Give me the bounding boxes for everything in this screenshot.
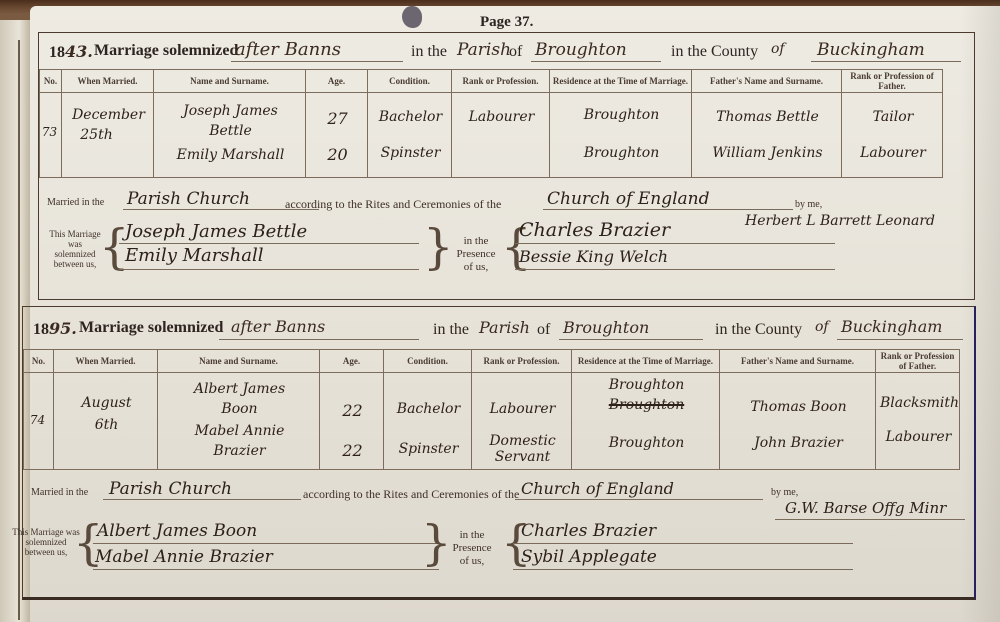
groom-condition: Bachelor — [388, 401, 469, 417]
bride-father-rank: Labourer — [880, 429, 957, 445]
of-label: of — [537, 321, 550, 339]
witness-1-signature: Charles Brazier — [519, 219, 670, 241]
county-filler: of — [815, 319, 829, 335]
married-in-place: Parish Church — [109, 479, 232, 499]
married-in-label: Married in the — [31, 487, 88, 498]
by-me-label: by me, — [771, 487, 798, 498]
county-filler: of — [771, 41, 785, 57]
groom-rank: Labourer — [456, 109, 547, 125]
register-table: No. When Married. Name and Surname. Age.… — [39, 69, 943, 178]
col-father-rank: Rank or Profession of Father. — [842, 70, 943, 93]
date-month: December — [66, 107, 151, 123]
parish-word: Parish — [457, 40, 511, 60]
col-no: No. — [40, 70, 62, 93]
parish-name: Broughton — [563, 318, 649, 337]
bride-condition: Spinster — [372, 145, 449, 161]
groom-surname: Boon — [162, 401, 317, 417]
groom-signature: Albert James Boon — [97, 521, 257, 541]
marriage-solemnized-label: Marriage solemnized — [79, 319, 223, 337]
by-me-label: by me, — [795, 199, 822, 210]
officiant-signature: G.W. Barse Offg Minr — [785, 499, 946, 517]
groom-surname: Bettle — [158, 123, 303, 139]
bride-signature: Emily Marshall — [125, 245, 263, 266]
col-age: Age. — [306, 70, 368, 93]
rites-denomination: Church of England — [521, 479, 674, 498]
bride-name: Mabel Annie — [162, 423, 317, 439]
table-row: 73 December 25th Joseph James Bettle Emi… — [40, 93, 943, 178]
col-age: Age. — [320, 350, 384, 373]
table-row: 74 August 6th Albert James Boon Mabel An… — [24, 373, 960, 470]
parish-name: Broughton — [535, 40, 627, 60]
groom-residence-struck: Broughton — [576, 397, 717, 413]
this-marriage-label: This Marriage was solemnized between us, — [11, 527, 81, 557]
groom-age: 22 — [324, 401, 381, 420]
col-condition: Condition. — [368, 70, 452, 93]
bride-father-rank: Labourer — [846, 145, 940, 161]
presence-label: in the Presence of us, — [447, 529, 497, 568]
col-father-name: Father's Name and Surname. — [692, 70, 842, 93]
county-label: in the County — [715, 321, 802, 339]
col-residence: Residence at the Time of Marriage. — [572, 350, 720, 373]
presence-label: in the Presence of us, — [451, 235, 501, 274]
rites-label: according to the Rites and Ceremonies of… — [303, 487, 519, 502]
groom-residence: Broughton — [554, 107, 689, 123]
col-residence: Residence at the Time of Marriage. — [550, 70, 692, 93]
col-rank: Rank or Profession. — [452, 70, 550, 93]
bride-rank-line2: Servant — [476, 449, 569, 465]
bride-signature: Mabel Annie Brazier — [95, 547, 273, 567]
solemnized-type: after Banns — [235, 39, 341, 60]
col-name: Name and Surname. — [158, 350, 320, 373]
this-marriage-label: This Marriage was solemnized between us, — [47, 229, 103, 269]
bride-father: William Jenkins — [696, 145, 839, 161]
rites-label: according to the Rites and Ceremonies of… — [285, 197, 501, 212]
groom-rank: Labourer — [476, 401, 569, 417]
col-name: Name and Surname. — [154, 70, 306, 93]
county-name: Buckingham — [817, 40, 925, 60]
col-when-married: When Married. — [54, 350, 158, 373]
groom-father: Thomas Boon — [724, 399, 873, 415]
groom-father-rank: Blacksmith — [880, 395, 957, 411]
entry-heading: 1843. Marriage solemnized after Banns in… — [39, 33, 974, 71]
bride-age: 22 — [324, 441, 381, 460]
date-day: 6th — [58, 417, 155, 433]
year: 1895. — [33, 319, 77, 339]
col-condition: Condition. — [384, 350, 472, 373]
marriage-entry-73: 1843. Marriage solemnized after Banns in… — [38, 32, 975, 300]
year: 1843. — [49, 42, 93, 62]
col-when-married: When Married. — [62, 70, 154, 93]
witness-2-signature: Bessie King Welch — [519, 247, 668, 266]
col-no: No. — [24, 350, 54, 373]
county-name: Buckingham — [841, 317, 942, 336]
groom-name: Albert James — [162, 381, 317, 397]
solemnized-type: after Banns — [231, 317, 325, 336]
parish-word: Parish — [479, 318, 530, 337]
bride-condition: Spinster — [388, 441, 469, 457]
groom-condition: Bachelor — [372, 109, 449, 125]
bride-surname: Brazier — [162, 443, 317, 459]
rites-denomination: Church of England — [547, 189, 709, 209]
groom-age: 27 — [310, 109, 365, 128]
bride-rank-line1: Domestic — [476, 433, 569, 449]
groom-father-rank: Tailor — [846, 109, 940, 125]
col-father-rank: Rank or Profession of Father. — [876, 350, 960, 373]
witness-1-signature: Charles Brazier — [521, 521, 656, 541]
ink-blot — [402, 6, 422, 28]
in-the-label: in the — [411, 43, 447, 61]
married-in-label: Married in the — [47, 197, 104, 208]
col-father-name: Father's Name and Surname. — [720, 350, 876, 373]
groom-residence: Broughton — [576, 377, 717, 393]
groom-signature: Joseph James Bettle — [125, 221, 307, 242]
col-rank: Rank or Profession. — [472, 350, 572, 373]
register-table: No. When Married. Name and Surname. Age.… — [23, 349, 960, 470]
bride-father: John Brazier — [724, 435, 873, 451]
of-label: of — [509, 43, 522, 61]
married-in-place: Parish Church — [127, 189, 250, 209]
bride-residence: Broughton — [576, 435, 717, 451]
bride-age: 20 — [310, 145, 365, 164]
groom-name: Joseph James — [158, 103, 303, 119]
officiant-signature: Herbert L Barrett Leonard — [745, 213, 935, 229]
bride-name: Emily Marshall — [158, 147, 303, 163]
page-number: Page 37. — [480, 14, 533, 31]
groom-father: Thomas Bettle — [696, 109, 839, 125]
marriage-solemnized-label: Marriage solemnized — [94, 42, 238, 60]
date-month: August — [58, 395, 155, 411]
witness-2-signature: Sybil Applegate — [521, 547, 657, 567]
entry-heading: 1895. Marriage solemnized after Banns in… — [23, 307, 974, 345]
county-label: in the County — [671, 43, 758, 61]
bride-residence: Broughton — [554, 145, 689, 161]
marriage-entry-74: 1895. Marriage solemnized after Banns in… — [22, 306, 976, 600]
date-day: 25th — [42, 127, 151, 143]
in-the-label: in the — [433, 321, 469, 339]
entry-no: 74 — [24, 413, 51, 427]
